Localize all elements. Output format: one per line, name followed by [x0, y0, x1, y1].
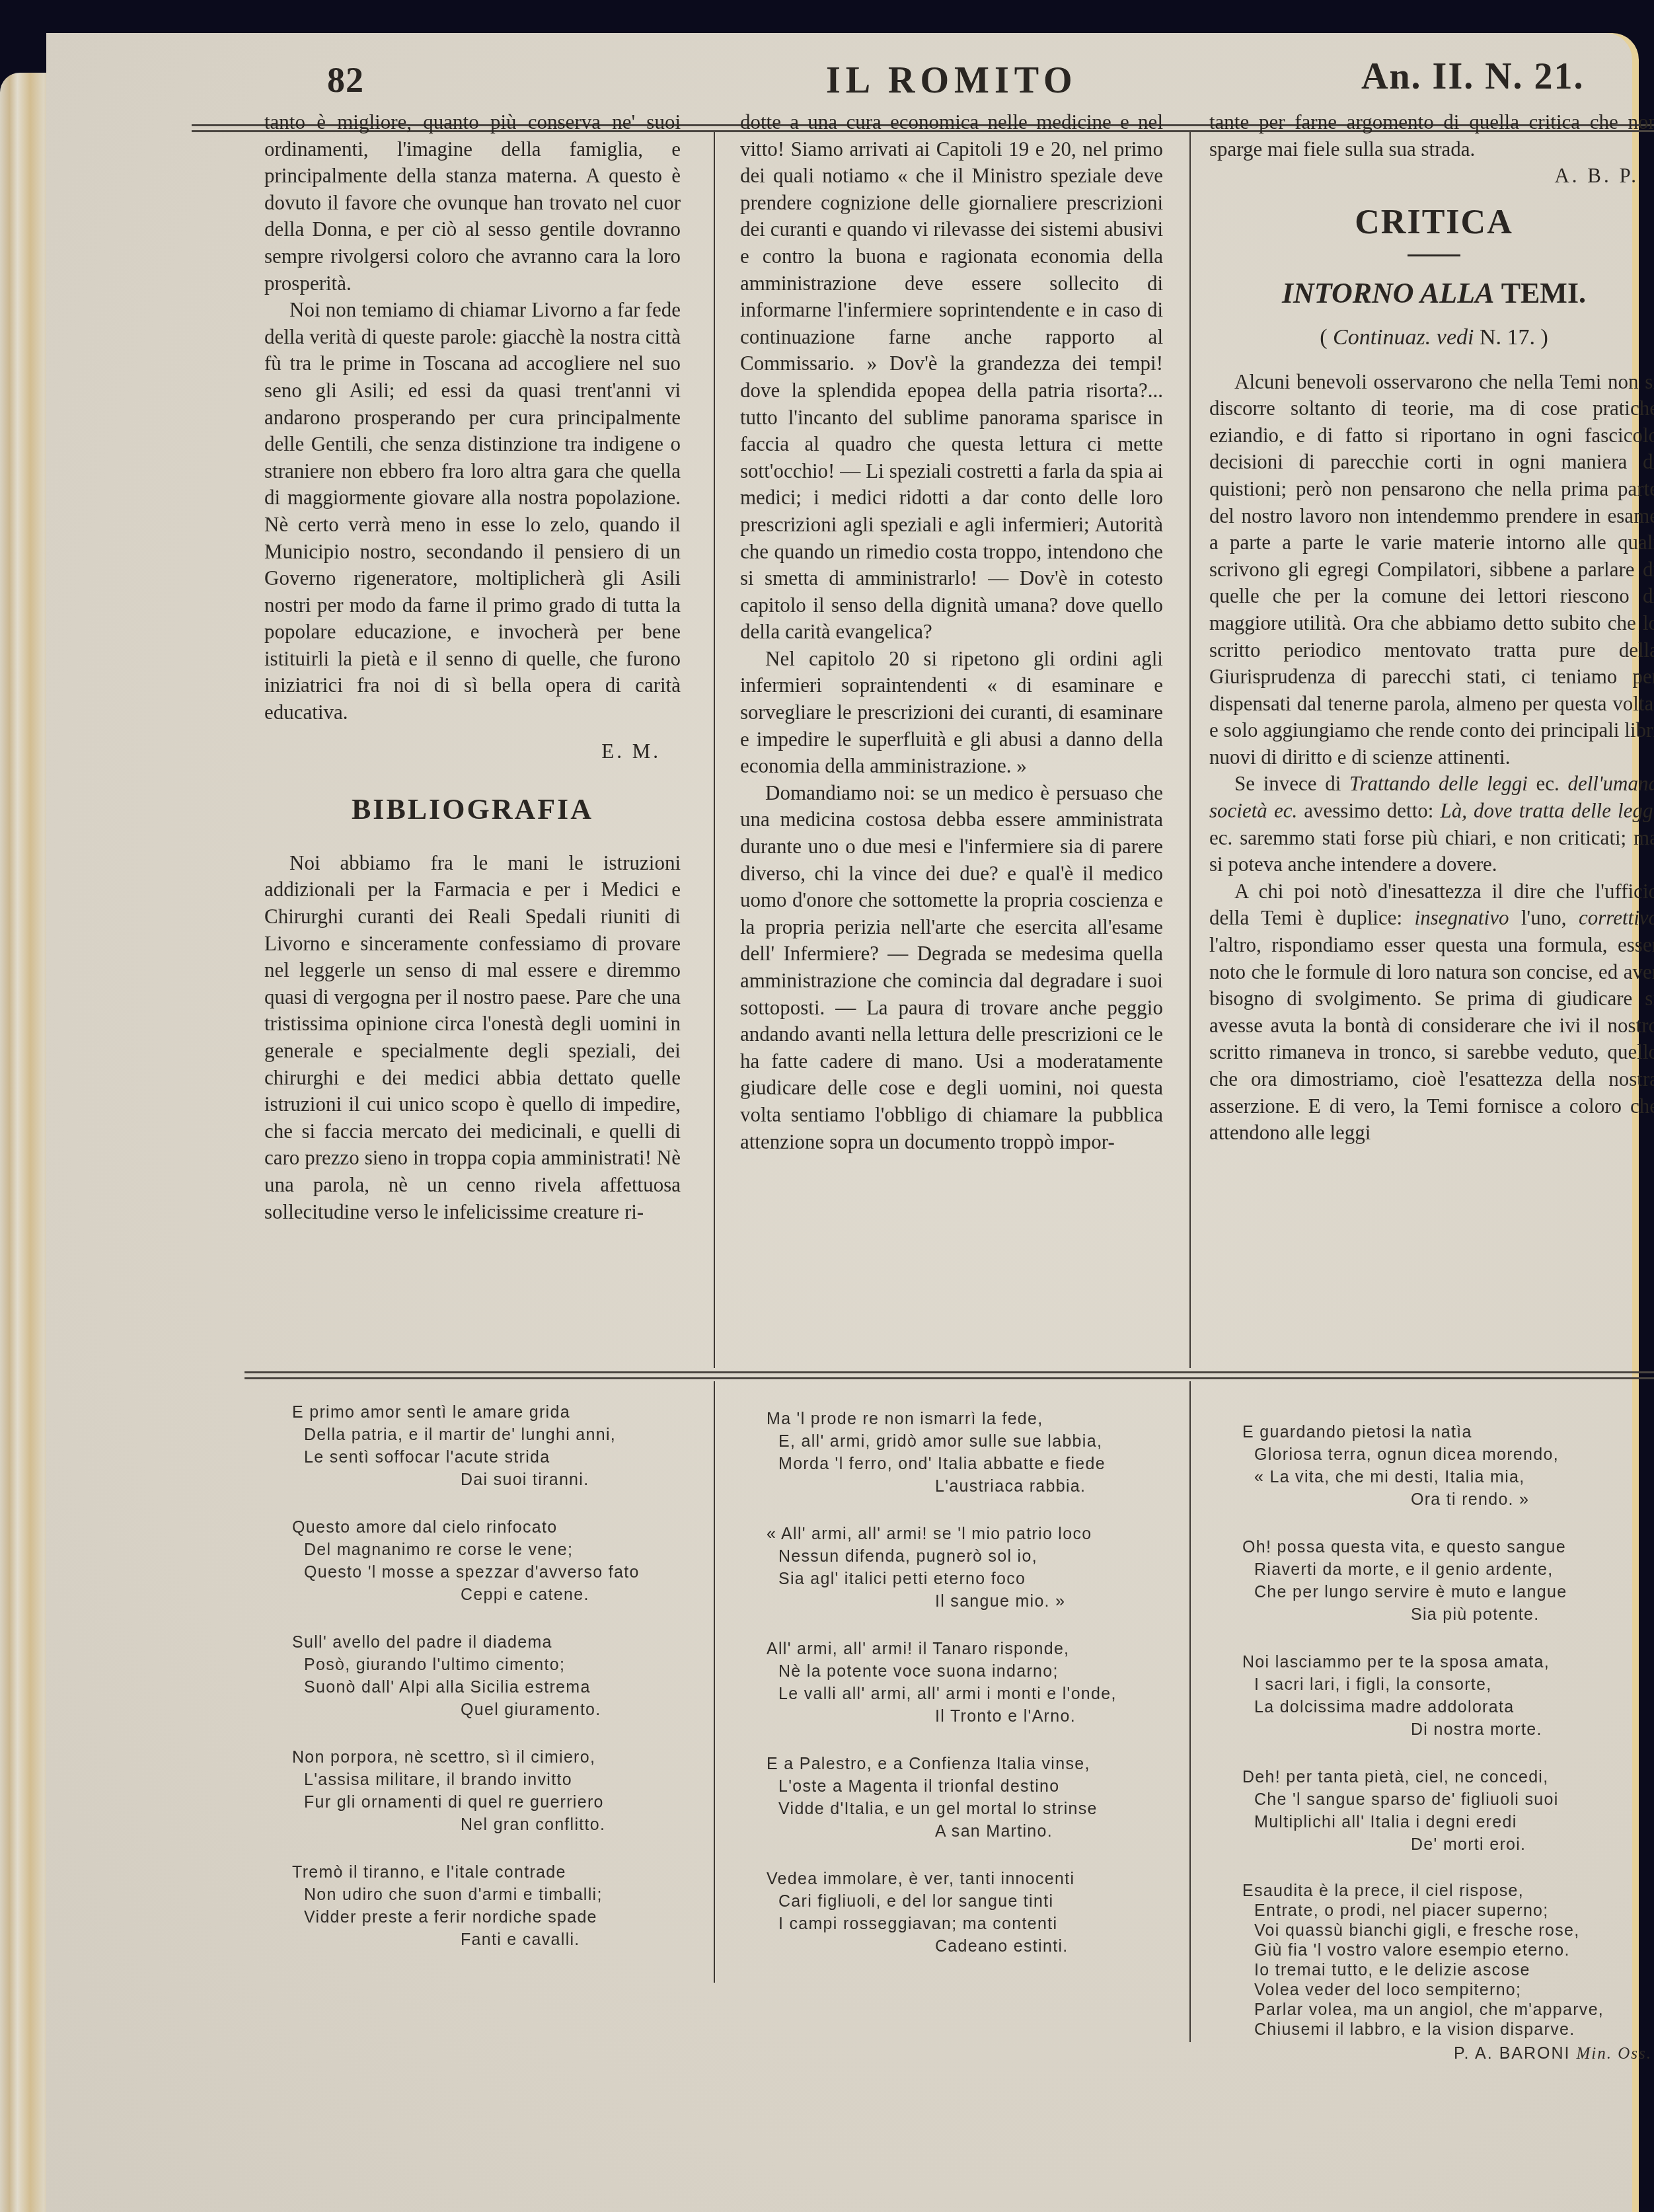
poem-line: A san Martino. — [767, 1820, 1189, 1843]
poem-line: Non udiro che suon d'armi e timballi; — [292, 1884, 702, 1906]
poem-line: Le valli all' armi, all' armi i monti e … — [767, 1683, 1189, 1705]
poem-line: E primo amor sentì le amare grida — [292, 1401, 702, 1424]
poem-line: Noi lasciammo per te la sposa amata, — [1242, 1651, 1654, 1673]
poem-line: Fur gli ornamenti di quel re guerriero — [292, 1791, 702, 1813]
poem-line: Vidde d'Italia, e un gel mortal lo strin… — [767, 1798, 1189, 1820]
poem-line: Deh! per tanta pietà, ciel, ne concedi, — [1242, 1766, 1654, 1788]
poem-column-1: E primo amor sentì le amare gridaDella p… — [292, 1401, 702, 1976]
poem-divider-1 — [714, 1381, 715, 1983]
poem-line: Ceppi e catene. — [292, 1583, 702, 1606]
poem-section-rule — [244, 1371, 1654, 1379]
short-rule — [1408, 254, 1460, 256]
poem-stanza: E a Palestro, e a Confienza Italia vinse… — [767, 1753, 1189, 1843]
poem-stanza: Vedea immolare, è ver, tanti innocentiCa… — [767, 1868, 1189, 1958]
paragraph: Nel capitolo 20 si ripetono gli ordini a… — [740, 646, 1163, 780]
poem-line: De' morti eroi. — [1242, 1833, 1654, 1856]
poem-stanza: Oh! possa questa vita, e questo sangueRi… — [1242, 1536, 1654, 1626]
poem-line: Giù fia 'l vostro valore esempio eterno. — [1242, 1940, 1654, 1960]
column-divider-2 — [1189, 132, 1191, 1368]
poem-line: Nessun difenda, pugnerò sol io, — [767, 1545, 1189, 1568]
poem-line: « La vita, che mi desti, Italia mia, — [1242, 1466, 1654, 1488]
page-number: 82 — [327, 59, 364, 100]
section-title-bibliografia: BIBLIOGRAFIA — [264, 796, 681, 823]
poem-line: Vedea immolare, è ver, tanti innocenti — [767, 1868, 1189, 1890]
poem-stanza: E primo amor sentì le amare gridaDella p… — [292, 1401, 702, 1491]
poem-line: Entrate, o prodi, nel piacer superno; — [1242, 1901, 1654, 1921]
poem-line: Questo amore dal cielo rinfocato — [292, 1516, 702, 1539]
poem-line: Le sentì soffocar l'acute strida — [292, 1446, 702, 1468]
signature: E. M. — [264, 738, 681, 765]
paragraph: Domandiamo noi: se un medico è persuaso … — [740, 780, 1163, 1155]
poem-line: L'oste a Magenta il trionfal destino — [767, 1775, 1189, 1798]
poem-line: Vidder preste a ferir nordiche spade — [292, 1906, 702, 1928]
poem-line: I campi rosseggiavan; ma contenti — [767, 1913, 1189, 1935]
poem-line: Ma 'l prode re non ismarrì la fede, — [767, 1408, 1189, 1430]
poem-line: Dai suoi tiranni. — [292, 1468, 702, 1491]
poem-line: Volea veder del loco sempiterno; — [1242, 1980, 1654, 2000]
poem-stanza: Deh! per tanta pietà, ciel, ne concedi,C… — [1242, 1766, 1654, 1856]
poem-stanza: Tremò il tiranno, e l'itale contradeNon … — [292, 1861, 702, 1951]
poem-line: Nè la potente voce suona indarno; — [767, 1660, 1189, 1683]
author-order: Min. Oss. — [1576, 2045, 1652, 2063]
poem-stanza: « All' armi, all' armi! se 'l mio patrio… — [767, 1523, 1189, 1613]
newspaper-page: 82 IL ROMITO An. II. N. 21. tanto è migl… — [46, 33, 1632, 2212]
poem-line: Nel gran conflitto. — [292, 1813, 702, 1836]
poem-line: All' armi, all' armi! il Tanaro risponde… — [767, 1638, 1189, 1660]
poem-line: Esaudita è la prece, il ciel rispose, — [1242, 1881, 1654, 1901]
poem-line: Sull' avello del padre il diadema — [292, 1631, 702, 1654]
poem-line: I sacri lari, i figli, la consorte, — [1242, 1673, 1654, 1696]
poem-stanza: Ma 'l prode re non ismarrì la fede,E, al… — [767, 1408, 1189, 1498]
poem-line: Parlar volea, ma un angiol, che m'apparv… — [1242, 2000, 1654, 2020]
section-title-critica: CRITICA — [1209, 210, 1654, 237]
poem-line: Fanti e cavalli. — [292, 1928, 702, 1951]
poem-line: Morda 'l ferro, ond' Italia abbatte e fi… — [767, 1453, 1189, 1475]
paragraph: Alcuni benevoli osservarono che nella Te… — [1209, 369, 1654, 771]
poem-line: E, all' armi, gridò amor sulle sue labbi… — [767, 1430, 1189, 1453]
poem-line: Cadeano estinti. — [767, 1935, 1189, 1958]
subtitle-italic: INTORNO ALLA — [1282, 277, 1494, 309]
poem-line: E a Palestro, e a Confienza Italia vinse… — [767, 1753, 1189, 1775]
continuation-italic: Continuaz. vedi — [1333, 325, 1474, 350]
poem-line: Il Tronto e l'Arno. — [767, 1705, 1189, 1728]
continuation-note: ( Continuaz. vedi N. 17. ) — [1209, 324, 1654, 352]
poem-line: Suonò dall' Alpi alla Sicilia estrema — [292, 1676, 702, 1698]
signature: A. B. P. — [1209, 163, 1654, 190]
poem-stanza: Questo amore dal cielo rinfocatoDel magn… — [292, 1516, 702, 1606]
poem-line: Multiplichi all' Italia i degni eredi — [1242, 1811, 1654, 1833]
poem-column-2: Ma 'l prode re non ismarrì la fede,E, al… — [767, 1408, 1189, 1983]
poem-line: Questo 'l mosse a spezzar d'avverso fato — [292, 1561, 702, 1583]
poem-stanza: E guardando pietosi la natìaGloriosa ter… — [1242, 1421, 1654, 1511]
poem-line: La dolcissima madre addolorata — [1242, 1696, 1654, 1718]
poem-stanza: All' armi, all' armi! il Tanaro risponde… — [767, 1638, 1189, 1728]
issue-number: An. II. N. 21. — [1361, 56, 1585, 98]
running-head: 82 IL ROMITO An. II. N. 21. — [46, 59, 1632, 112]
author-name: P. A. BARONI — [1454, 2044, 1570, 2063]
poem-line: Cari figliuoli, e del lor sangue tinti — [767, 1890, 1189, 1913]
continuation-ref: N. 17. — [1480, 325, 1535, 350]
column-1: tanto è migliore, quanto più conserva ne… — [264, 109, 681, 1225]
poem-line: Del magnanimo re corse le vene; — [292, 1539, 702, 1561]
poem-line: Che 'l sangue sparso de' figliuoli suoi — [1242, 1788, 1654, 1811]
paragraph: A chi poi notò d'inesattezza il dire che… — [1209, 878, 1654, 1147]
poem-column-3: E guardando pietosi la natìaGloriosa ter… — [1242, 1421, 1654, 2065]
poem-line: Oh! possa questa vita, e questo sangue — [1242, 1536, 1654, 1558]
poem-line: Riaverti da morte, e il genio ardente, — [1242, 1558, 1654, 1581]
poem-author-signature: P. A. BARONI Min. Oss. — [1242, 2042, 1654, 2065]
poem-line: Il sangue mio. » — [767, 1590, 1189, 1613]
poem-line: Sia agl' italici petti eterno foco — [767, 1568, 1189, 1590]
paragraph: dotte a una cura economica nelle medicin… — [740, 109, 1163, 646]
poem-line: Della patria, e il martir de' lunghi ann… — [292, 1424, 702, 1446]
paragraph: tante per farne argomento di quella crit… — [1209, 109, 1654, 163]
subtitle-roman: TEMI. — [1501, 277, 1586, 309]
column-2: dotte a una cura economica nelle medicin… — [740, 109, 1163, 1155]
poem-line: Sia più potente. — [1242, 1603, 1654, 1626]
poem-line: Posò, giurando l'ultimo cimento; — [292, 1654, 702, 1676]
poem-line: L'assisa militare, il brando invitto — [292, 1769, 702, 1791]
paragraph: Noi non temiamo di chiamar Livorno a far… — [264, 297, 681, 726]
poem-final-stanza: Esaudita è la prece, il ciel rispose,Ent… — [1242, 1881, 1654, 2040]
poem-line: « All' armi, all' armi! se 'l mio patrio… — [767, 1523, 1189, 1545]
poem-line: Gloriosa terra, ognun dicea morendo, — [1242, 1443, 1654, 1466]
poem-line: Di nostra morte. — [1242, 1718, 1654, 1741]
journal-title: IL ROMITO — [826, 59, 1078, 102]
paragraph: Noi abbiamo fra le mani le istruzioni ad… — [264, 850, 681, 1225]
poem-line: L'austriaca rabbia. — [767, 1475, 1189, 1498]
poem-stanza: Sull' avello del padre il diademaPosò, g… — [292, 1631, 702, 1721]
poem-line: Voi quassù bianchi gigli, e fresche rose… — [1242, 1921, 1654, 1940]
column-divider-1 — [714, 132, 715, 1368]
poem-line: Che per lungo servire è muto e langue — [1242, 1581, 1654, 1603]
poem-stanza: Non porpora, nè scettro, sì il cimiero,L… — [292, 1746, 702, 1836]
poem-stanza: Noi lasciammo per te la sposa amata,I sa… — [1242, 1651, 1654, 1741]
poem-line: Chiusemi il labbro, e la vision disparve… — [1242, 2020, 1654, 2040]
poem-line: Io tremai tutto, e le delizie ascose — [1242, 1960, 1654, 1980]
poem-line: Quel giuramento. — [292, 1698, 702, 1721]
poem-line: Tremò il tiranno, e l'itale contrade — [292, 1861, 702, 1884]
article-subtitle: INTORNO ALLA TEMI. — [1209, 280, 1654, 307]
poem-line: Non porpora, nè scettro, sì il cimiero, — [292, 1746, 702, 1769]
poem-line: E guardando pietosi la natìa — [1242, 1421, 1654, 1443]
paragraph: tanto è migliore, quanto più conserva ne… — [264, 109, 681, 297]
poem-divider-2 — [1189, 1381, 1191, 2042]
poem-line: Ora ti rendo. » — [1242, 1488, 1654, 1511]
column-3: tante per farne argomento di quella crit… — [1209, 109, 1654, 1147]
paragraph: Se invece di Trattando delle leggi ec. d… — [1209, 771, 1654, 878]
